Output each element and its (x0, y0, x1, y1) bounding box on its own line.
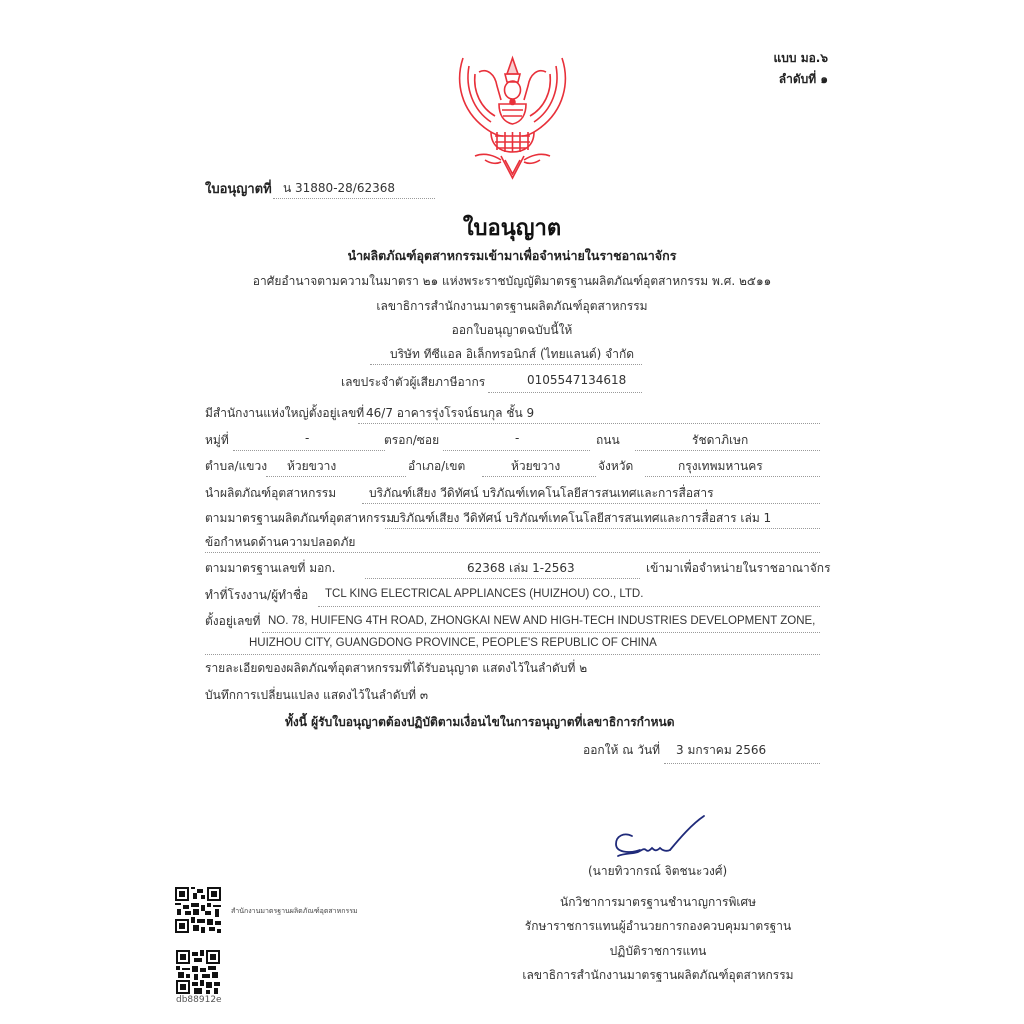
standard-underline-2 (205, 552, 820, 553)
licensee-name: บริษัท ทีซีแอล อิเล็กทรอนิกส์ (ไทยแลนด์)… (0, 345, 1024, 364)
signatory-title-3: ปฏิบัติราชการแทน (508, 942, 808, 961)
garuda-emblem-icon (455, 52, 570, 180)
qr-code-icon[interactable] (175, 887, 221, 933)
standard-number-value: 62368 เล่ม 1-2563 (467, 559, 575, 578)
changes-note: บันทึกการเปลี่ยนแปลง แสดงไว้ในลำดับที่ ๓ (205, 686, 428, 705)
manufacturer-underline (318, 606, 820, 607)
province-value: กรุงเทพมหานคร (678, 457, 763, 476)
head-office-underline (358, 423, 820, 424)
license-number-value: น 31880-28/62368 (283, 179, 395, 198)
tax-id-value: 0105547134618 (527, 373, 626, 387)
signatory-name: (นายทิวากรณ์ จิตชนะวงศ์) (588, 862, 727, 881)
head-office-label: มีสำนักงานแห่งใหญ่ตั้งอยู่เลขที่ (205, 404, 364, 423)
qr-code-id: db88912e (176, 995, 222, 1005)
signatory-title-4: เลขาธิการสำนักงานมาตรฐานผลิตภัณฑ์อุตสาหก… (508, 966, 808, 985)
license-number-underline (273, 198, 435, 199)
district-value: ห้วยขวาง (511, 457, 560, 476)
manufacturer-label: ทำที่โรงงาน/ผู้ทำชื่อ (205, 586, 308, 605)
standard-number-underline (365, 578, 640, 579)
manufacturer-value: TCL KING ELECTRICAL APPLIANCES (HUIZHOU)… (325, 588, 643, 600)
district-label: อำเภอ/เขต (408, 457, 465, 476)
road-underline (635, 450, 820, 451)
manufacturer-address-underline-1 (262, 632, 820, 633)
issue-date-underline (664, 763, 820, 764)
manufacturer-address-line-2: HUIZHOU CITY, GUANGDONG PROVINCE, PEOPLE… (249, 637, 657, 649)
signature-icon (610, 812, 710, 862)
moo-value: - (305, 431, 309, 445)
issue-date-label: ออกให้ ณ วันที่ (583, 741, 660, 760)
moo-underline (233, 450, 385, 451)
tax-id-underline (488, 392, 642, 393)
subdistrict-label: ตำบล/แขวง (205, 457, 267, 476)
qr-code-secondary-icon[interactable] (176, 950, 220, 994)
standard-underline-1 (385, 528, 820, 529)
product-value: บริภัณฑ์เสียง วีดิทัศน์ บริภัณฑ์เทคโนโลย… (369, 484, 714, 503)
province-label: จังหวัด (598, 457, 633, 476)
standard-value-line-1: บริภัณฑ์เสียง วีดิทัศน์ บริภัณฑ์เทคโนโลย… (392, 509, 771, 528)
tax-id-label: เลขประจำตัวผู้เสียภาษีอากร (341, 373, 485, 392)
manufacturer-address-line-1: NO. 78, HUIFENG 4TH ROAD, ZHONGKAI NEW A… (268, 615, 815, 627)
subdistrict-underline (266, 476, 406, 477)
signatory-title-2: รักษาราชการแทนผู้อำนวยการกองควบคุมมาตรฐา… (508, 917, 808, 936)
license-condition: ทั้งนี้ ผู้รับใบอนุญาตต้องปฏิบัติตามเงื่… (285, 713, 675, 732)
district-underline (482, 476, 596, 477)
road-label: ถนน (596, 431, 620, 450)
subdistrict-value: ห้วยขวาง (287, 457, 336, 476)
page-subtitle: นำผลิตภัณฑ์อุตสาหกรรมเข้ามาเพื่อจำหน่ายใ… (0, 246, 1024, 266)
license-number-label: ใบอนุญาตที่ (205, 178, 272, 199)
standard-label: ตามมาตรฐานผลิตภัณฑ์อุตสาหกรรม (205, 509, 394, 528)
standard-value-line-2: ข้อกำหนดด้านความปลอดภัย (205, 533, 355, 552)
licensee-underline (370, 364, 642, 365)
soi-underline (443, 450, 590, 451)
head-office-value: 46/7 อาคารรุ่งโรจน์ธนกุล ชั้น 9 (366, 404, 534, 423)
soi-value: - (515, 431, 519, 445)
details-note: รายละเอียดของผลิตภัณฑ์อุตสาหกรรมที่ได้รั… (205, 659, 587, 678)
standard-number-suffix: เข้ามาเพื่อจำหน่ายในราชอาณาจักร (646, 559, 831, 578)
manufacturer-address-underline-2 (205, 654, 820, 655)
road-value: รัชดาภิเษก (692, 431, 748, 450)
authority-line-3: ออกใบอนุญาตฉบับนี้ให้ (0, 321, 1024, 340)
product-label: นำผลิตภัณฑ์อุตสาหกรรม (205, 484, 336, 503)
standard-number-label: ตามมาตรฐานเลขที่ มอก. (205, 559, 335, 578)
form-code: แบบ มอ.๖ (774, 49, 828, 68)
issue-date-value: 3 มกราคม 2566 (676, 741, 766, 760)
signatory-title-1: นักวิชาการมาตรฐานชำนาญการพิเศษ (508, 893, 808, 912)
authority-line-2: เลขาธิการสำนักงานมาตรฐานผลิตภัณฑ์อุตสาหก… (0, 297, 1024, 316)
moo-label: หมู่ที่ (205, 431, 229, 450)
manufacturer-address-label: ตั้งอยู่เลขที่ (205, 612, 260, 631)
soi-label: ตรอก/ซอย (384, 431, 439, 450)
sequence-number: ลำดับที่ ๑ (779, 70, 828, 89)
province-underline (645, 476, 820, 477)
qr-label: สำนักงานมาตรฐานผลิตภัณฑ์อุตสาหกรรม (231, 906, 358, 917)
authority-line-1: อาศัยอำนาจตามความในมาตรา ๒๑ แห่งพระราชบั… (0, 272, 1024, 291)
product-underline (362, 503, 820, 504)
page-title: ใบอนุญาต (0, 210, 1024, 245)
